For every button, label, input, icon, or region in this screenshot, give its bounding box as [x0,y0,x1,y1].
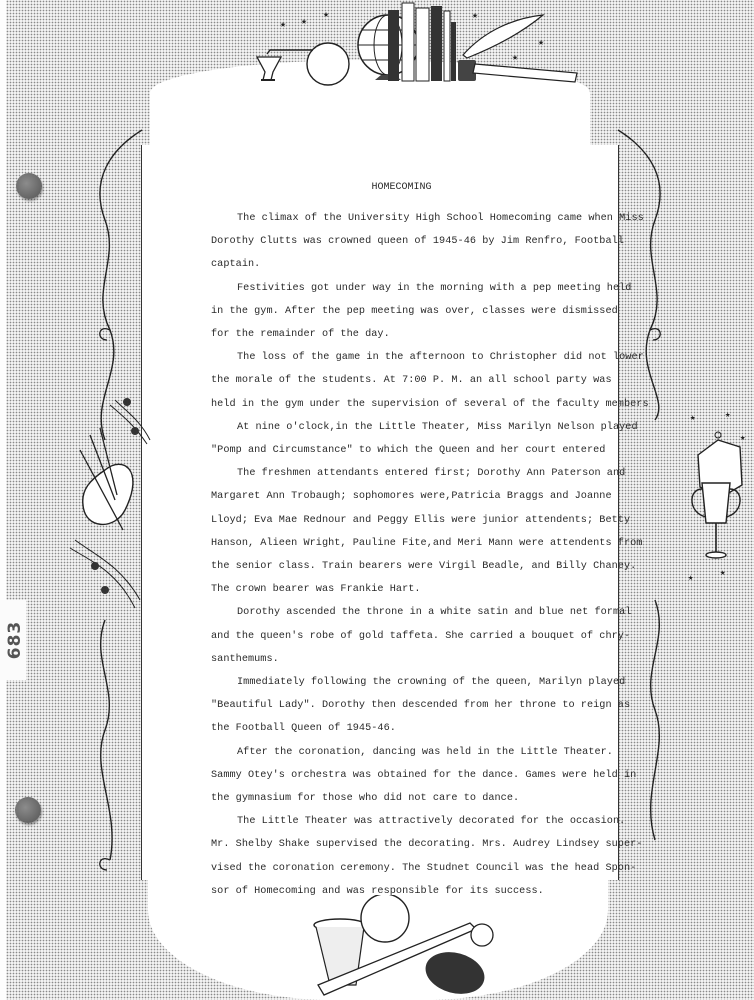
svg-text:★: ★ [690,413,696,423]
text-line: Dorothy Clutts was crowned queen of 1945… [211,230,591,253]
text-line: Lloyd; Eva Mae Rednour and Peggy Ellis w… [211,509,591,532]
paragraph: The climax of the University High School… [211,207,591,277]
page-edge [0,0,6,1000]
text-line: and the queen's robe of gold taffeta. Sh… [211,625,591,648]
text-line: sor of Homecoming and was responsible fo… [211,880,591,903]
text-line: "Beautiful Lady". Dorothy then descended… [211,694,591,717]
paragraph: Immediately following the crowning of th… [211,671,591,741]
text-line: The Little Theater was attractively deco… [211,810,591,833]
text-line: The crown bearer was Frankie Hart. [211,578,591,601]
paragraph: After the coronation, dancing was held i… [211,741,591,811]
text-line: At nine o'clock,in the Little Theater, M… [211,416,591,439]
svg-text:★: ★ [740,433,746,443]
text-line: Festivities got under way in the morning… [211,277,591,300]
text-line: After the coronation, dancing was held i… [211,741,591,764]
paragraph: At nine o'clock,in the Little Theater, M… [211,416,591,462]
text-line: The loss of the game in the afternoon to… [211,346,591,369]
text-line: in the gym. After the pep meeting was ov… [211,300,591,323]
text-line: Mr. Shelby Shake supervised the decorati… [211,833,591,856]
document-body: HOMECOMING The climax of the University … [211,180,591,903]
svg-text:★: ★ [301,17,307,28]
paint-palette-icon [80,428,133,530]
paragraph: Festivities got under way in the morning… [211,277,591,347]
text-line: captain. [211,253,591,276]
text-line: the morale of the students. At 7:00 P. M… [211,369,591,392]
top-illustration: ★★★ ★★★ [225,0,580,90]
ruler-icon [473,64,577,82]
svg-text:★: ★ [323,10,329,21]
paragraph: The Little Theater was attractively deco… [211,810,591,903]
paragraph: The freshmen attendants entered first; D… [211,462,591,601]
svg-text:★: ★ [720,568,726,578]
text-line: Margaret Ann Trobaugh; sophomores were,P… [211,485,591,508]
text-line: The climax of the University High School… [211,207,591,230]
punch-hole-bottom [15,797,41,823]
text-line: Hanson, Alieen Wright, Pauline Fite,and … [211,532,591,555]
punch-hole-top [16,173,42,199]
paragraph: Dorothy ascended the throne in a white s… [211,601,591,671]
flask-icon [267,43,349,85]
left-illustration [55,380,155,620]
text-line: Sammy Otey's orchestra was obtained for … [211,764,591,787]
text-line: The freshmen attendants entered first; D… [211,462,591,485]
svg-text:★: ★ [725,410,731,420]
text-line: Immediately following the crowning of th… [211,671,591,694]
right-illustration: ★★★ ★★ [680,405,754,585]
svg-text:★: ★ [472,11,478,22]
text-line: the senior class. Train bearers were Vir… [211,555,591,578]
document-title: HOMECOMING [211,180,591,195]
text-line: the gymnasium for those who did not care… [211,787,591,810]
page-number: 683 [5,620,25,660]
svg-text:★: ★ [688,573,694,583]
document-paragraphs: The climax of the University High School… [211,207,591,903]
football-icon [421,946,489,1000]
trophy-cup-icon [692,483,740,558]
goblet-icon [257,57,281,80]
text-line: held in the gym under the supervision of… [211,393,591,416]
text-line: santhemums. [211,648,591,671]
text-line: Dorothy ascended the throne in a white s… [211,601,591,624]
text-line: vised the coronation ceremony. The Studn… [211,857,591,880]
svg-text:★: ★ [512,53,518,64]
baseball-icon [471,924,493,946]
books-icon [388,3,456,81]
paragraph: The loss of the game in the afternoon to… [211,346,591,416]
svg-text:★: ★ [280,20,286,31]
text-line: the Football Queen of 1945-46. [211,717,591,740]
bottom-illustration [310,895,510,1000]
svg-text:★: ★ [538,38,544,49]
text-line: for the remainder of the day. [211,323,591,346]
text-line: "Pomp and Circumstance" to which the Que… [211,439,591,462]
